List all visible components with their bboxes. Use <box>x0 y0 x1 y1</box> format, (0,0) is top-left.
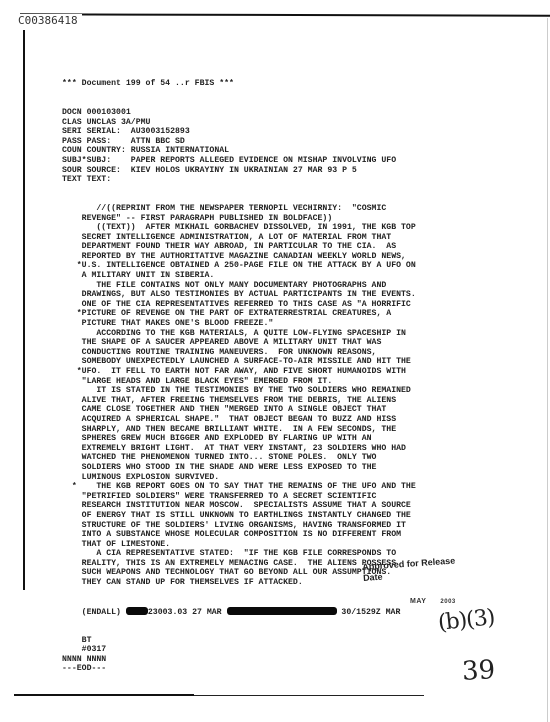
body-text-line: REALITY, THIS IS AN EXTREMELY MENACING C… <box>62 559 532 569</box>
body-text-line: THEY CAN STAND UP FOR THEMSELVES IF ATTA… <box>62 578 532 588</box>
body-text-line: A CIA REPRESENTATIVE STATED: "IF THE KGB… <box>62 549 532 559</box>
body-text-line: OF ENERGY THAT IS STILL UNKNOWN TO EARTH… <box>62 511 532 521</box>
body-text-line: RESEARCH INSTITUTION NEAR MOSCOW. SPECIA… <box>62 501 532 511</box>
release-stamp-date: MAY2003 <box>410 598 456 605</box>
body-text-line: * THE KGB REPORT GOES ON TO SAY THAT THE… <box>62 482 532 492</box>
header-field-label: CLAS UNCLAS 3A/PMU <box>62 118 150 127</box>
body-text: //((REPRINT FROM THE NEWSPAPER TERNOPIL … <box>62 204 532 588</box>
body-text-line: SPHERES GREW MUCH BIGGER AND EXPLODED BY… <box>62 434 532 444</box>
body-text-line: ACCORDING TO THE KGB MATERIALS, A QUITE … <box>62 329 532 339</box>
left-border-rule <box>23 30 25 590</box>
header-field-label: SUBJ*SUBJ: <box>62 156 131 165</box>
body-text-line: "PETRIFIED SOLDIERS" WERE TRANSFERRED TO… <box>62 492 532 502</box>
body-text-line: EXTREMELY BRIGHT LIGHT. AT THAT VERY INS… <box>62 444 532 454</box>
body-text-line: SHARPLY, AND THEN BECAME BRILLIANT WHITE… <box>62 425 532 435</box>
header-field-label: SERI SERIAL: <box>62 127 131 136</box>
header-field: COUN COUNTRY: RUSSIA INTERNATIONAL <box>62 146 532 156</box>
release-month: MAY <box>410 598 426 605</box>
body-text-line: ACQUIRED A SPHERICAL SHAPE." THAT OBJECT… <box>62 415 532 425</box>
header-field-label: DOCN 000103001 <box>62 108 131 117</box>
header-field-value: AU3003152893 <box>131 127 190 136</box>
body-text-line: LUMINOUS EXPLOSION SURVIVED. <box>62 473 532 483</box>
body-text-line: A MILITARY UNIT IN SIBERIA. <box>62 271 532 281</box>
document-body: *** Document 199 of 54 ..r FBIS *** DOCN… <box>62 60 532 684</box>
body-text-line: THE SHAPE OF A SAUCER APPEARED ABOVE A M… <box>62 338 532 348</box>
endall-prefix: (ENDALL) <box>62 608 126 617</box>
header-field-label: SOUR SOURCE: <box>62 166 131 175</box>
header-field: SUBJ*SUBJ: PAPER REPORTS ALLEGED EVIDENC… <box>62 156 532 166</box>
body-text-line: SOLDIERS WHO STOOD IN THE SHADE AND WERE… <box>62 463 532 473</box>
header-field-value: RUSSIA INTERNATIONAL <box>131 146 229 155</box>
header-field: PASS PASS: ATTN BBC SD <box>62 137 532 147</box>
body-text-line: IT IS STATED IN THE TESTIMONIES BY THE T… <box>62 386 532 396</box>
body-text-line: THE FILE CONTAINS NOT ONLY MANY DOCUMENT… <box>62 281 532 291</box>
header-field: DOCN 000103001 <box>62 108 532 118</box>
body-text-line: INTO A SUBSTANCE WHOSE MOLECULAR COMPOSI… <box>62 530 532 540</box>
body-text-line: SOMEBODY UNEXPECTEDLY LAUNCHED A SURFACE… <box>62 357 532 367</box>
document-control-number: C00386418 <box>18 14 82 27</box>
header-field-label: PASS PASS: <box>62 137 131 146</box>
document-header-title: *** Document 199 of 54 ..r FBIS *** <box>62 79 532 89</box>
trailer-line: BT <box>62 636 532 646</box>
body-text-line: *UFO. IT FELL TO EARTH NOT FAR AWAY, AND… <box>62 367 532 377</box>
redaction-bar <box>126 607 148 615</box>
body-text-line: "LARGE HEADS AND LARGE BLACK EYES" EMERG… <box>62 377 532 387</box>
body-text-line: THAT OF LIMESTONE. <box>62 540 532 550</box>
body-text-line: *U.S. INTELLIGENCE OBTAINED A 250-PAGE F… <box>62 261 532 271</box>
endall-timestamp: 30/1529Z MAR <box>337 608 401 617</box>
header-field-value: PAPER REPORTS ALLEGED EVIDENCE ON MISHAP… <box>131 156 396 165</box>
body-text-line: //((REPRINT FROM THE NEWSPAPER TERNOPIL … <box>62 204 532 214</box>
header-field: TEXT TEXT: <box>62 175 532 185</box>
release-year: 2003 <box>440 599 455 605</box>
body-text-line: PICTURE THAT MAKES ONE'S BLOOD FREEZE." <box>62 319 532 329</box>
body-text-line: DEPARTMENT FOUND THEIR WAY ABROAD, IN PA… <box>62 242 532 252</box>
body-text-line: WATCHED THE PHENOMENON TURNED INTO... ST… <box>62 453 532 463</box>
body-text-line: ALIVE THAT, AFTER FREEING THEMSELVES FRO… <box>62 396 532 406</box>
endall-reference: 23003.03 27 MAR <box>148 608 227 617</box>
trailer-line: #0317 <box>62 645 532 655</box>
header-field-value: ATTN BBC SD <box>131 137 185 146</box>
body-text-line: CAME CLOSE TOGETHER AND THEN "MERGED INT… <box>62 405 532 415</box>
body-text-line: DRAWINGS, BUT ALSO TESTIMONIES BY ACTUAL… <box>62 290 532 300</box>
header-field: SERI SERIAL: AU3003152893 <box>62 127 532 137</box>
header-fields: DOCN 000103001CLAS UNCLAS 3A/PMUSERI SER… <box>62 108 532 185</box>
body-text-line: REVENGE" -- FIRST PARAGRAPH PUBLISHED IN… <box>62 214 532 224</box>
body-text-line: CONDUCTING ROUTINE TRAINING MANEUVERS. F… <box>62 348 532 358</box>
header-field: SOUR SOURCE: KIEV HOLOS UKRAYINY IN UKRA… <box>62 166 532 176</box>
redaction-bar <box>227 607 337 615</box>
body-text-line: SUCH WEAPONS AND TECHNOLOGY THAT GO BEYO… <box>62 568 532 578</box>
header-field-label: TEXT TEXT: <box>62 175 111 184</box>
body-text-line: SECRET INTELLIGENCE ADMINISTRATION, A LO… <box>62 233 532 243</box>
body-text-line: STRUCTURE OF THE SOLDIERS' LIVING ORGANI… <box>62 521 532 531</box>
top-border-rule <box>20 13 550 16</box>
handwritten-page-number: 39 <box>461 655 496 687</box>
bottom-border-rule <box>14 695 424 696</box>
body-text-line: *PICTURE OF REVENGE ON THE PART OF EXTRA… <box>62 309 532 319</box>
body-text-line: ONE OF THE CIA REPRESENTATIVES REFERRED … <box>62 300 532 310</box>
header-field-value: KIEV HOLOS UKRAYINY IN UKRAINIAN 27 MAR … <box>131 166 357 175</box>
body-text-line: ((TEXT)) AFTER MIKHAIL GORBACHEV DISSOLV… <box>62 223 532 233</box>
header-field-label: COUN COUNTRY: <box>62 146 131 155</box>
right-page-edge <box>547 18 548 722</box>
header-field: CLAS UNCLAS 3A/PMU <box>62 118 532 128</box>
